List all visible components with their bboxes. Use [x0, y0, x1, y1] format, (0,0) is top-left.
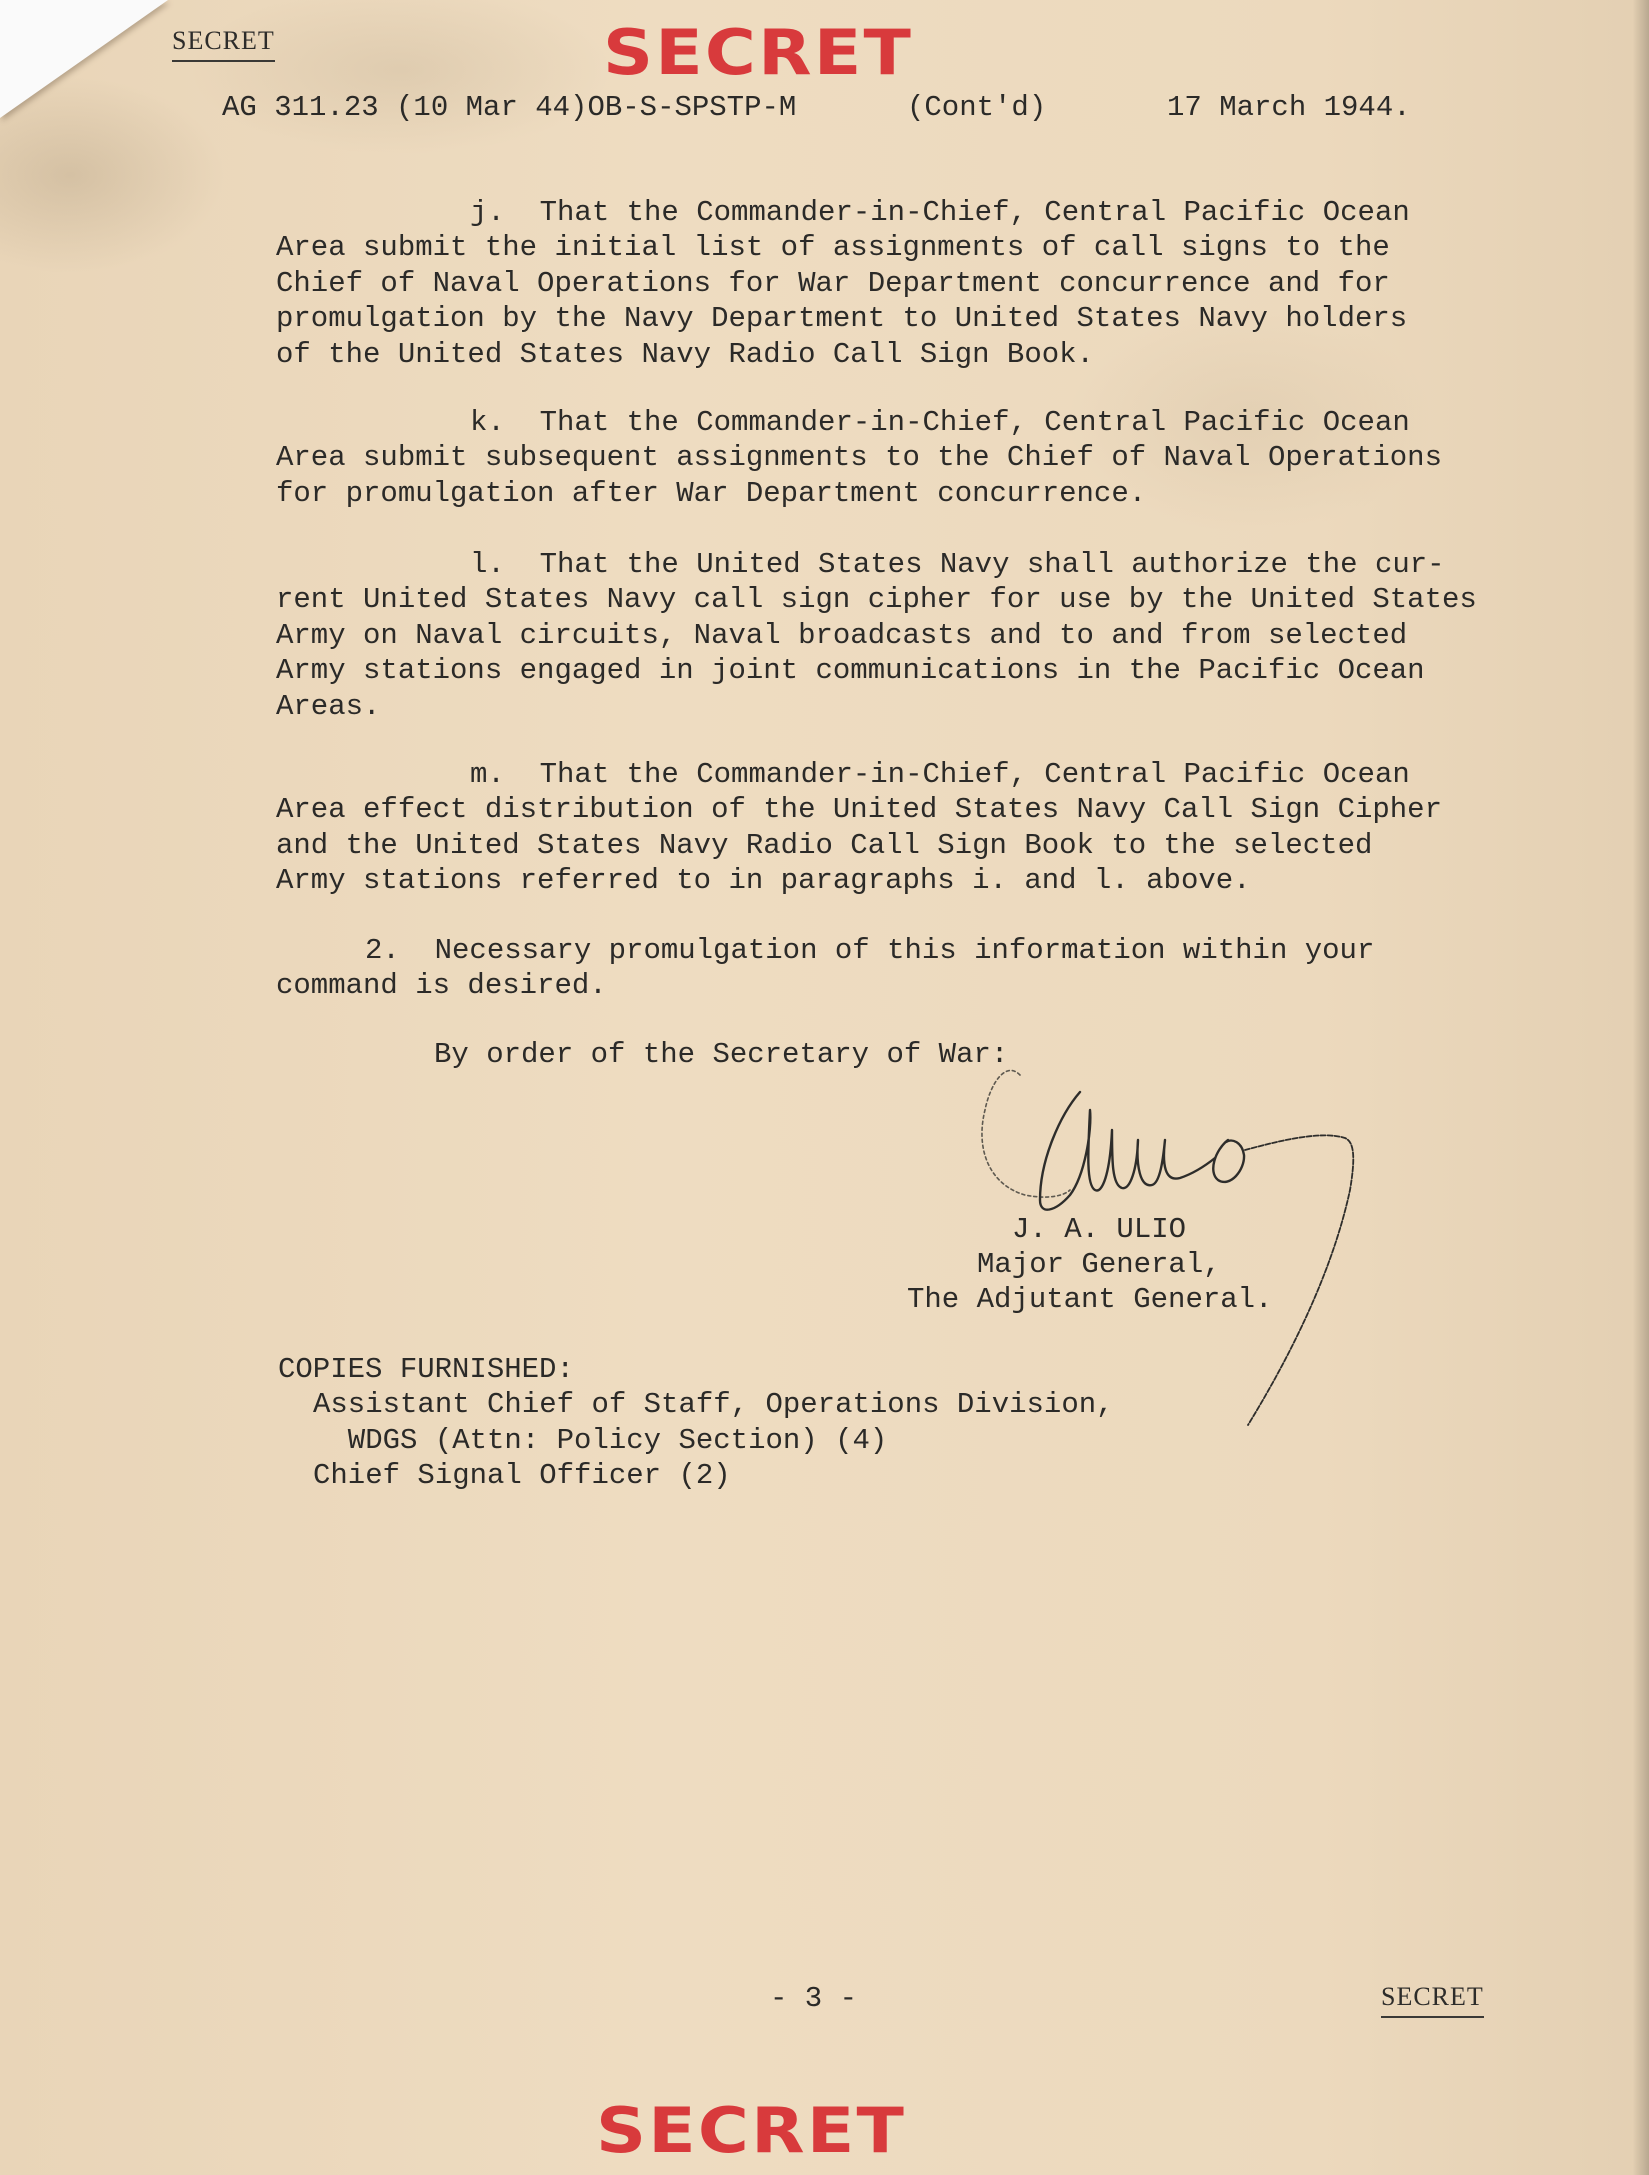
paragraph-line: Area effect distribution of the United S… — [276, 792, 1442, 827]
paragraph-line: m. That the Commander-in-Chief, Central … — [470, 757, 1636, 792]
classification-top-left: SECRET — [172, 28, 275, 62]
by-order-line: By order of the Secretary of War: — [434, 1037, 1008, 1072]
page-number: - 3 - — [770, 1981, 857, 2016]
paragraph-2: 2. Necessary promulgation of this inform… — [276, 933, 1285, 1004]
signer-name: J. A. ULIO — [1012, 1212, 1186, 1247]
paragraph-line: l. That the United States Navy shall aut… — [470, 547, 1649, 582]
paragraph-line: Army stations referred to in paragraphs … — [276, 863, 1442, 898]
secret-stamp-top: SECRET — [603, 22, 913, 84]
file-reference: AG 311.23 (10 Mar 44)OB-S-SPSTP-M — [222, 90, 796, 125]
copies-item: Assistant Chief of Staff, Operations Div… — [313, 1387, 1114, 1422]
paragraph-line: Army on Naval circuits, Naval broadcasts… — [276, 618, 1477, 653]
paragraph-line: k. That the Commander-in-Chief, Central … — [470, 405, 1636, 440]
paragraph-j: j. That the Commander-in-Chief, Central … — [276, 195, 1407, 372]
paragraph-l: l. That the United States Navy shall aut… — [276, 547, 1477, 724]
paragraph-line: 2. Necessary promulgation of this inform… — [365, 933, 1374, 968]
copies-heading: COPIES FURNISHED: — [278, 1352, 1079, 1387]
paragraph-line: Areas. — [276, 689, 1477, 724]
signer-title: The Adjutant General. — [907, 1282, 1272, 1317]
paragraph-line: command is desired. — [276, 968, 1285, 1003]
secret-stamp-bottom: SECRET — [596, 2100, 906, 2162]
continued-label: (Cont'd) — [907, 90, 1046, 125]
paragraph-line: rent United States Navy call sign cipher… — [276, 582, 1477, 617]
paragraph-line: Area submit subsequent assignments to th… — [276, 440, 1442, 475]
paragraph-m: m. That the Commander-in-Chief, Central … — [276, 757, 1442, 899]
paragraph-line: and the United States Navy Radio Call Si… — [276, 828, 1442, 863]
document-date: 17 March 1944. — [1167, 90, 1411, 125]
torn-corner — [0, 0, 168, 118]
paragraph-k: k. That the Commander-in-Chief, Central … — [276, 405, 1442, 511]
paragraph-line: Army stations engaged in joint communica… — [276, 653, 1477, 688]
paragraph-line: promulgation by the Navy Department to U… — [276, 301, 1407, 336]
paragraph-line: j. That the Commander-in-Chief, Central … — [470, 195, 1601, 230]
paragraph-line: of the United States Navy Radio Call Sig… — [276, 337, 1407, 372]
copies-item: Chief Signal Officer (2) — [313, 1458, 1114, 1493]
paragraph-line: Chief of Naval Operations for War Depart… — [276, 266, 1407, 301]
paragraph-line: Area submit the initial list of assignme… — [276, 230, 1407, 265]
signer-rank: Major General, — [977, 1247, 1221, 1282]
classification-bottom-right: SECRET — [1381, 1984, 1484, 2018]
copies-furnished: COPIES FURNISHED: Assistant Chief of Sta… — [278, 1352, 1079, 1494]
copies-item: WDGS (Attn: Policy Section) (4) — [313, 1423, 1114, 1458]
paragraph-line: for promulgation after War Department co… — [276, 476, 1442, 511]
